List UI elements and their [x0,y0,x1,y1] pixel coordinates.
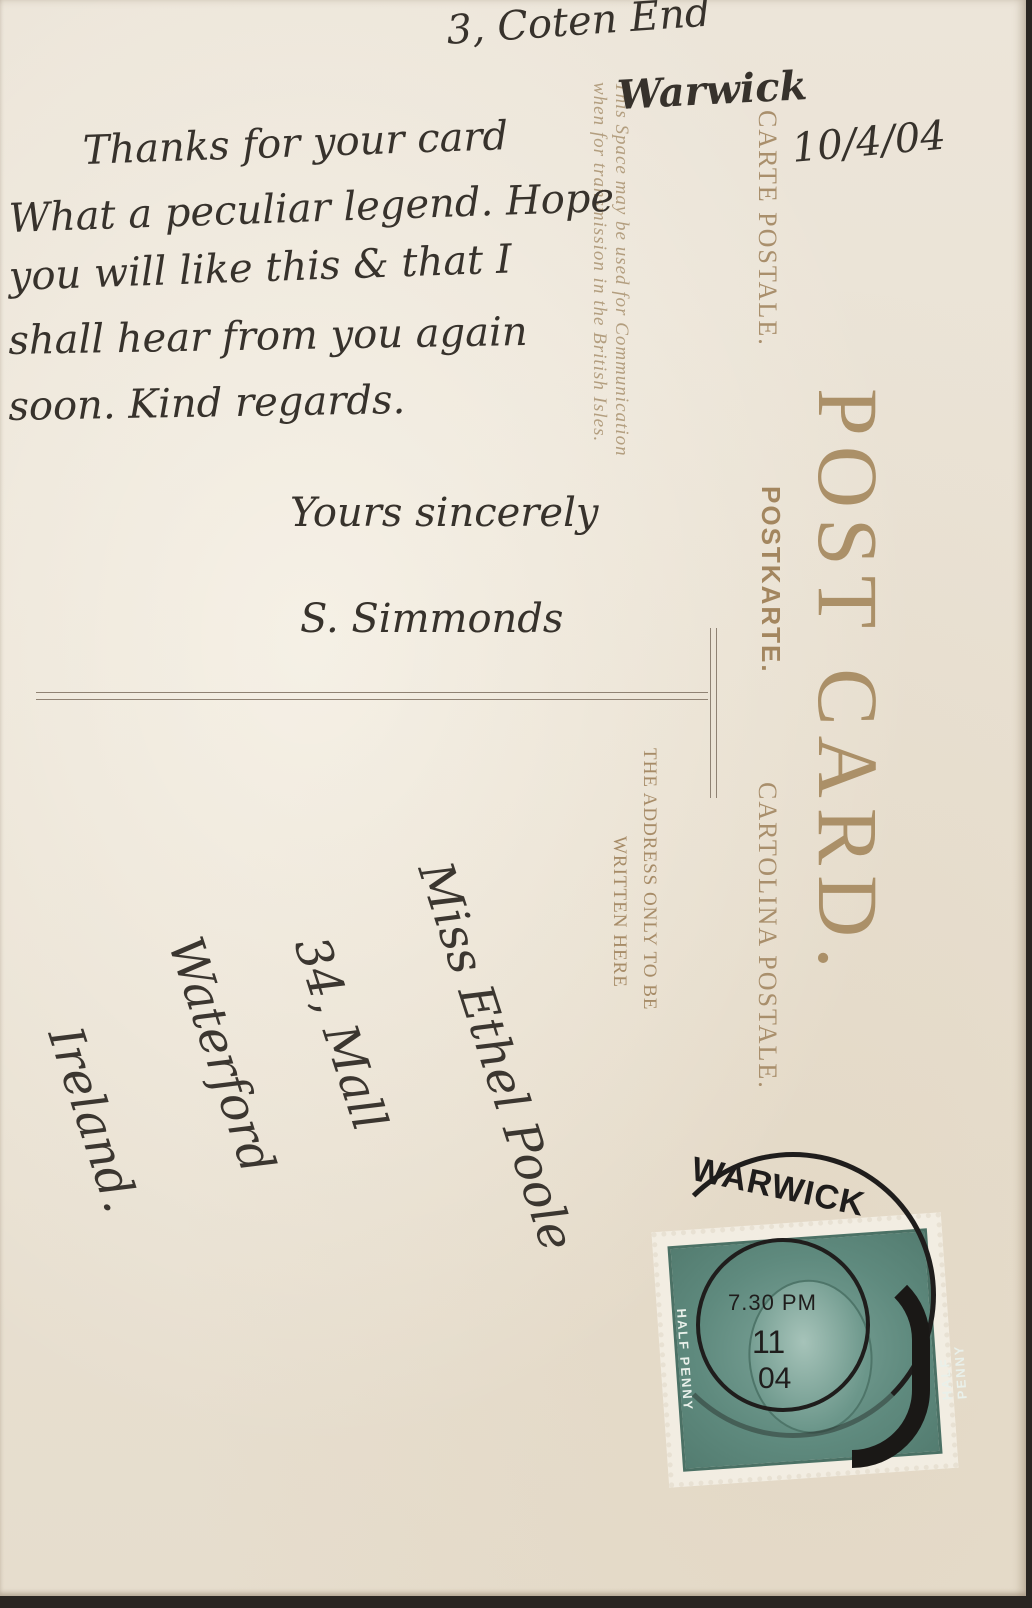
recipient-street: 34, Mall [283,930,398,1138]
message-line: Thanks for your card [82,113,509,174]
stamp-denomination-right: HALF PENNY [936,1344,970,1401]
address-note-line1: THE ADDRESS ONLY TO BE [638,748,660,1011]
message-line: shall hear from you again [8,309,528,364]
signature: S. Simmonds [300,596,563,642]
carte-postale-label: CARTE POSTALE. [752,110,782,347]
communication-note-line2: when for transmission in the British Isl… [588,82,610,442]
divider-line [36,699,708,700]
message-line: you will like this & that I [8,236,512,300]
divider-line-vertical [716,628,717,798]
message-line: What a peculiar legend. Hope [8,175,615,242]
message-closing: Yours sincerely [290,490,598,536]
recipient-city: Waterford [157,930,286,1180]
recipient-country: Ireland. [37,1020,149,1219]
postkarte-label: POSTKARTE. [755,486,786,674]
postcard-back: POST CARD. CARTE POSTALE. POSTKARTE. CAR… [0,0,1026,1596]
cartolina-postale-label: CARTOLINA POSTALE. [752,782,782,1090]
message-line: soon. Kind regards. [8,377,406,430]
sender-town: Warwick [616,62,808,119]
postmark-time: 7.30 PM [728,1290,817,1316]
postmark-year: 04 [758,1362,791,1396]
divider-line [36,692,708,693]
postmark-day: 11 [752,1324,785,1361]
recipient-name: Miss Ethel Poole [407,855,585,1258]
address-note-line2: WRITTEN HERE [608,836,630,988]
sender-address: 3, Coten End [445,0,712,54]
post-card-title: POST CARD. [798,388,898,979]
message-date: 10/4/04 [790,113,948,172]
divider-line-vertical [710,628,711,798]
communication-note-line1: This Space may be used for Communication [610,82,632,457]
